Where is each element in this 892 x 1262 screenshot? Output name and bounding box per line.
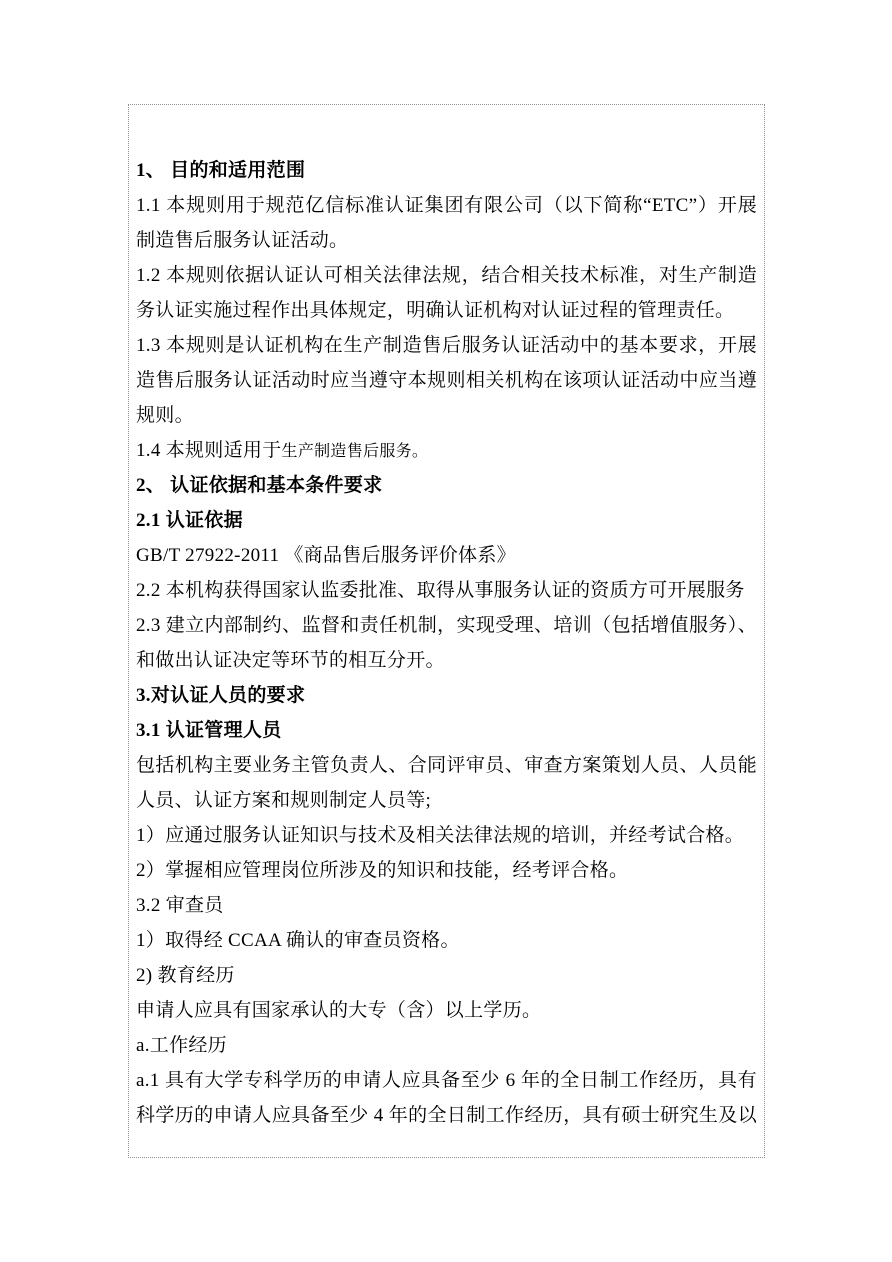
bordered-text-box: 1、 目的和适用范围1.1 本规则用于规范亿信标准认证集团有限公司（以下简称“E… — [128, 104, 765, 1158]
text-line: 包括机构主要业务主管负责人、合同评审员、审查方案策划人员、人员能力评价 — [136, 748, 757, 783]
text-run: 造售后服务认证活动时应当遵守本规则相关机构在该项认证活动中应当遵守本 — [136, 370, 757, 398]
text-run: a.工作经历 — [136, 1035, 227, 1056]
text-run: 1.1 本规则用于规范亿信标准认证集团有限公司（以下简称“ETC”）开展生产 — [136, 195, 757, 223]
text-run: 2.1 认证依据 — [136, 510, 243, 531]
text-line: 2）掌握相应管理岗位所涉及的知识和技能，经考评合格。 — [136, 853, 757, 888]
text-run: 务认证实施过程作出具体规定，明确认证机构对认证过程的管理责任。 — [136, 300, 734, 321]
text-line: 2.1 认证依据 — [136, 503, 757, 538]
text-line: 务认证实施过程作出具体规定，明确认证机构对认证过程的管理责任。 — [136, 293, 757, 328]
text-run: 2.2 本机构获得国家认监委批准、取得从事服务认证的资质方可开展服务认证。 — [136, 580, 745, 608]
text-line: 人员、认证方案和规则制定人员等; — [136, 783, 757, 818]
text-run: 1.2 本规则依据认证认可相关法律法规，结合相关技术标准，对生产制造售后服 — [136, 265, 757, 293]
text-line: 1、 目的和适用范围 — [136, 153, 757, 188]
text-run: GB/T 27922-2011 《商品售后服务评价体系》 — [136, 545, 516, 566]
text-run: a.1 具有大学专科学历的申请人应具备至少 6 年的全日制工作经历，具有大学本 — [136, 1070, 757, 1098]
text-line: a.1 具有大学专科学历的申请人应具备至少 6 年的全日制工作经历，具有大学本 — [136, 1063, 757, 1098]
text-run: 和做出认证决定等环节的相互分开。 — [136, 650, 445, 671]
text-line: GB/T 27922-2011 《商品售后服务评价体系》 — [136, 538, 757, 573]
text-line: 2.2 本机构获得国家认监委批准、取得从事服务认证的资质方可开展服务认证。 — [136, 573, 757, 608]
text-run: 制造售后服务认证活动。 — [136, 230, 348, 251]
small-text-run: 生产制造售后服务。 — [282, 443, 429, 460]
text-run: 2）掌握相应管理岗位所涉及的知识和技能，经考评合格。 — [136, 860, 628, 881]
text-line: 造售后服务认证活动时应当遵守本规则相关机构在该项认证活动中应当遵守本 — [136, 363, 757, 398]
text-run: 科学历的申请人应具备至少 4 年的全日制工作经历，具有硕士研究生及以上学历 — [136, 1105, 757, 1133]
text-run: 3.2 审查员 — [136, 895, 224, 916]
text-run: 2.3 建立内部制约、监督和责任机制，实现受理、培训（包括增值服务）、审查 — [136, 615, 757, 643]
text-run: 1、 目的和适用范围 — [136, 160, 305, 181]
text-line: 2) 教育经历 — [136, 958, 757, 993]
text-line: 1.4 本规则适用于生产制造售后服务。 — [136, 433, 757, 468]
text-run: 1）应通过服务认证知识与技术及相关法律法规的培训，并经考试合格。 — [136, 825, 744, 846]
text-run: 2、 认证依据和基本条件要求 — [136, 475, 382, 496]
text-line: 3.对认证人员的要求 — [136, 678, 757, 713]
text-line: 1.3 本规则是认证机构在生产制造售后服务认证活动中的基本要求，开展生产制 — [136, 328, 757, 363]
text-run: 3.对认证人员的要求 — [136, 685, 305, 706]
text-line: 申请人应具有国家承认的大专（含）以上学历。 — [136, 993, 757, 1028]
text-run: 人员、认证方案和规则制定人员等; — [136, 790, 431, 811]
text-run: 申请人应具有国家承认的大专（含）以上学历。 — [136, 1000, 541, 1021]
text-run: 1.3 本规则是认证机构在生产制造售后服务认证活动中的基本要求，开展生产制 — [136, 335, 757, 363]
text-line: 1.1 本规则用于规范亿信标准认证集团有限公司（以下简称“ETC”）开展生产 — [136, 188, 757, 223]
text-run: 1.4 本规则适用于 — [136, 440, 282, 461]
text-run: 1）取得经 CCAA 确认的审查员资格。 — [136, 930, 460, 951]
text-run: 2) 教育经历 — [136, 965, 235, 986]
text-run: 规则。 — [136, 405, 194, 426]
text-line: 制造售后服务认证活动。 — [136, 223, 757, 258]
text-line: 1）应通过服务认证知识与技术及相关法律法规的培训，并经考试合格。 — [136, 818, 757, 853]
text-line: 2、 认证依据和基本条件要求 — [136, 468, 757, 503]
text-run: 包括机构主要业务主管负责人、合同评审员、审查方案策划人员、人员能力评价 — [136, 755, 757, 783]
text-line: 1）取得经 CCAA 确认的审查员资格。 — [136, 923, 757, 958]
text-line: 2.3 建立内部制约、监督和责任机制，实现受理、培训（包括增值服务）、审查 — [136, 608, 757, 643]
document-page: { "page": { "background": "#ffffff", "te… — [0, 0, 892, 1262]
text-line: 和做出认证决定等环节的相互分开。 — [136, 643, 757, 678]
text-line: 科学历的申请人应具备至少 4 年的全日制工作经历，具有硕士研究生及以上学历 — [136, 1098, 757, 1133]
text-line: 3.2 审查员 — [136, 888, 757, 923]
text-line: 3.1 认证管理人员 — [136, 713, 757, 748]
text-line: 1.2 本规则依据认证认可相关法律法规，结合相关技术标准，对生产制造售后服 — [136, 258, 757, 293]
text-run: 3.1 认证管理人员 — [136, 720, 282, 741]
text-line: 规则。 — [136, 398, 757, 433]
text-line: a.工作经历 — [136, 1028, 757, 1063]
